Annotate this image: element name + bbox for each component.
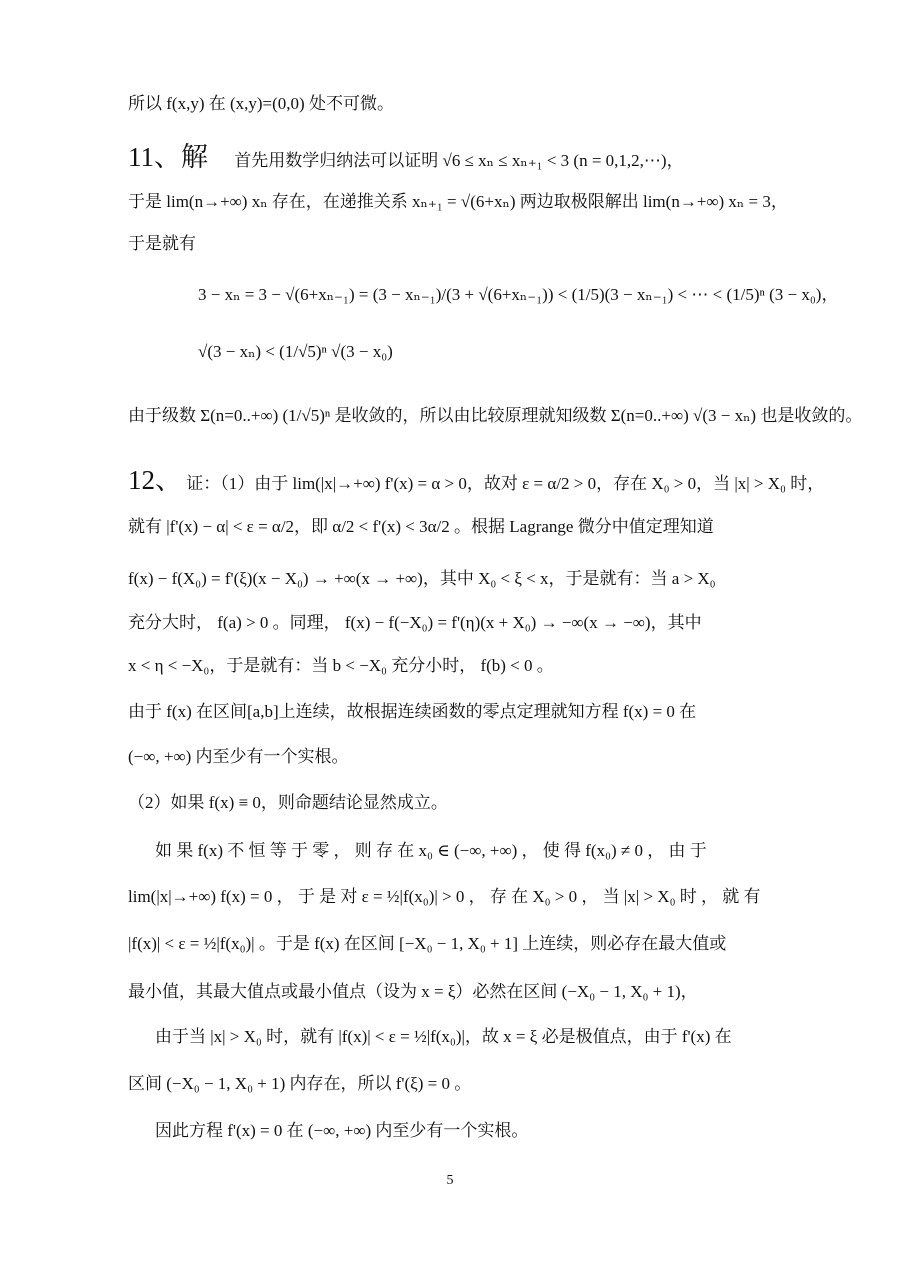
text-line-4: 于是就有 xyxy=(128,232,196,256)
text-line-20: 由于当 |x| > X₀ 时，就有 |f(x)| < ε = ½|f(x₀)|，… xyxy=(155,1025,732,1049)
text-line-7: 由于级数 Σ(n=0..+∞) (1/√5)ⁿ 是收敛的，所以由比较原理就知级数… xyxy=(128,404,862,428)
problem-12-line: 12、 证：（1）由于 lim(|x|→+∞) f'(x) = α > 0，故对… xyxy=(128,468,824,496)
text-line-19: 最小值，其最大值点或最小值点（设为 x = ξ）必然在区间 (−X₀ − 1, … xyxy=(128,980,698,1004)
problem-12-text: 证：（1）由于 lim(|x|→+∞) f'(x) = α > 0，故对 ε =… xyxy=(186,474,824,493)
equation-1: 3 − xₙ = 3 − √(6+xₙ₋₁) = (3 − xₙ₋₁)/(3 +… xyxy=(198,283,838,307)
text-line-11: 充分大时， f(a) > 0 。同理， f(x) − f(−X₀) = f'(η… xyxy=(128,611,702,635)
text-line-13: 由于 f(x) 在区间[a,b]上连续，故根据连续函数的零点定理就知方程 f(x… xyxy=(128,700,696,724)
text-line-21: 区间 (−X₀ − 1, X₀ + 1) 内存在，所以 f'(ξ) = 0 。 xyxy=(128,1072,471,1096)
text-line-22: 因此方程 f'(x) = 0 在 (−∞, +∞) 内至少有一个实根。 xyxy=(155,1119,528,1143)
text-line-12: x < η < −X₀，于是就有：当 b < −X₀ 充分小时， f(b) < … xyxy=(128,654,554,678)
text-line-18: |f(x)| < ε = ½|f(x₀)| 。于是 f(x) 在区间 [−X₀ … xyxy=(128,932,726,956)
text-line-16: 如 果 f(x) 不 恒 等 于 零 ， 则 存 在 x₀ ∈ (−∞, +∞)… xyxy=(155,839,707,863)
text-line-10: f(x) − f(X₀) = f'(ξ)(x − X₀) → +∞(x → +∞… xyxy=(128,567,716,591)
text-line-15: （2）如果 f(x) ≡ 0，则命题结论显然成立。 xyxy=(128,791,448,815)
problem-11-line: 11、解 首先用数学归纳法可以证明 √6 ≤ xₙ ≤ xₙ₊₁ < 3 (n … xyxy=(128,145,684,173)
equation-2: √(3 − xₙ) < (1/√5)ⁿ √(3 − x₀) xyxy=(198,340,393,364)
problem-label: 12、 xyxy=(128,465,182,495)
text-line-9: 就有 |f'(x) − α| < ε = α/2，即 α/2 < f'(x) <… xyxy=(128,515,714,539)
text-line-14: (−∞, +∞) 内至少有一个实根。 xyxy=(128,745,349,769)
text-line-1: 所以 f(x,y) 在 (x,y)=(0,0) 处不可微。 xyxy=(128,92,394,116)
problem-11-text: 首先用数学归纳法可以证明 √6 ≤ xₙ ≤ xₙ₊₁ < 3 (n = 0,1… xyxy=(234,151,683,170)
text-line-17: lim(|x|→+∞) f(x) = 0 ， 于 是 对 ε = ½|f(x₀)… xyxy=(128,885,761,909)
text-line-3: 于是 lim(n→+∞) xₙ 存在，在递推关系 xₙ₊₁ = √(6+xₙ) … xyxy=(128,190,788,214)
problem-label: 11、解 xyxy=(128,142,208,172)
page-number: 5 xyxy=(0,1173,900,1189)
